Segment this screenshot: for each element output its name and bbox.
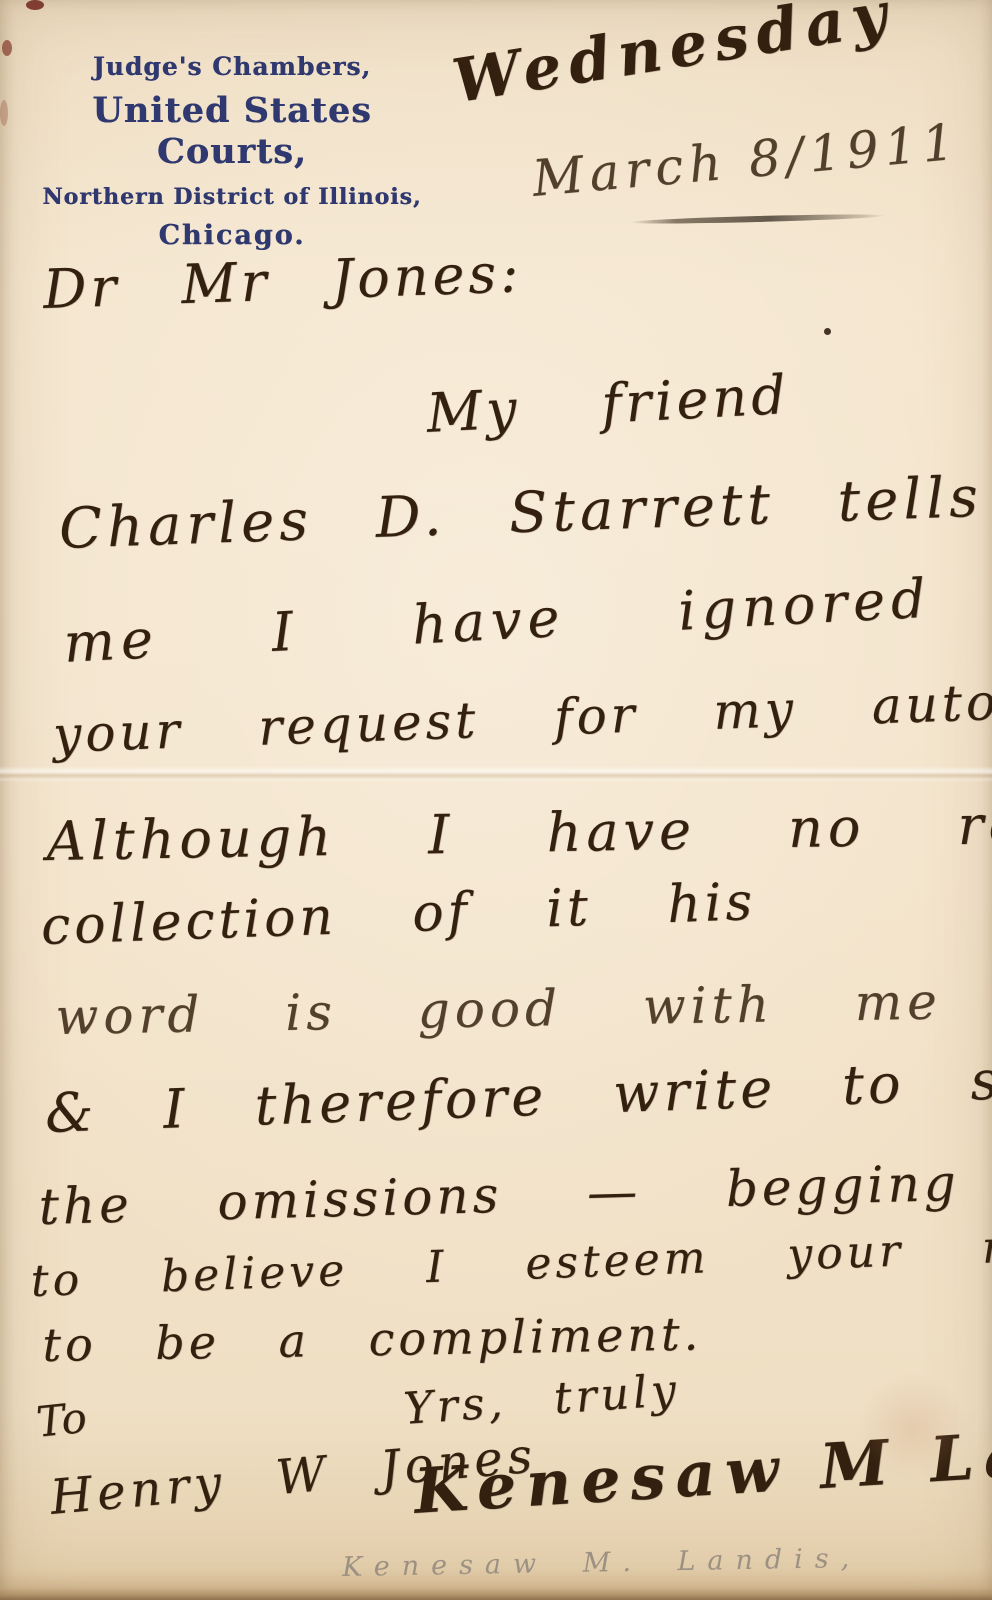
body-line-2: Charles D. Starrett tells (58, 465, 984, 562)
body-line-9: the omissions — begging you (38, 1149, 992, 1236)
letterhead-courts: United States Courts, (34, 90, 430, 172)
body-line-4: your request for my autograph. (52, 666, 992, 764)
letterhead: Judge's Chambers, United States Courts, … (34, 52, 430, 251)
date-day-line: Wednesday (448, 0, 899, 117)
paper-bottom-edge (0, 1588, 992, 1600)
body-line-7: word is good with me (55, 973, 942, 1046)
letterhead-chambers: Judge's Chambers, (34, 52, 430, 81)
pencil-annotation: Kenesaw M. Landis, (342, 1543, 861, 1583)
body-line-5: Although I have no re- (46, 793, 992, 873)
addressee-to: To (34, 1393, 89, 1447)
paper-blemish (0, 100, 8, 126)
ink-dot (824, 328, 831, 335)
body-line-6: collection of it his (40, 872, 757, 957)
fold-crease (0, 766, 992, 782)
paper-stain (858, 1372, 968, 1482)
letterhead-district: Northern District of Illinois, (34, 184, 430, 210)
date-underline-stroke (630, 213, 885, 226)
salutation: Dr Mr Jones: (42, 241, 523, 321)
paper-blemish (2, 40, 12, 56)
date-line: March 8/1911 (530, 113, 962, 208)
letter-scan-page: Judge's Chambers, United States Courts, … (0, 0, 992, 1600)
paper-blemish (26, 0, 44, 10)
body-line-3: me I have ignored (62, 567, 933, 675)
body-line-8: & I therefore write to supply (44, 1043, 992, 1145)
body-line-1: My friend (425, 363, 791, 445)
closing: Yrs, truly (402, 1365, 682, 1435)
body-line-11: to be a compliment. (42, 1306, 703, 1372)
